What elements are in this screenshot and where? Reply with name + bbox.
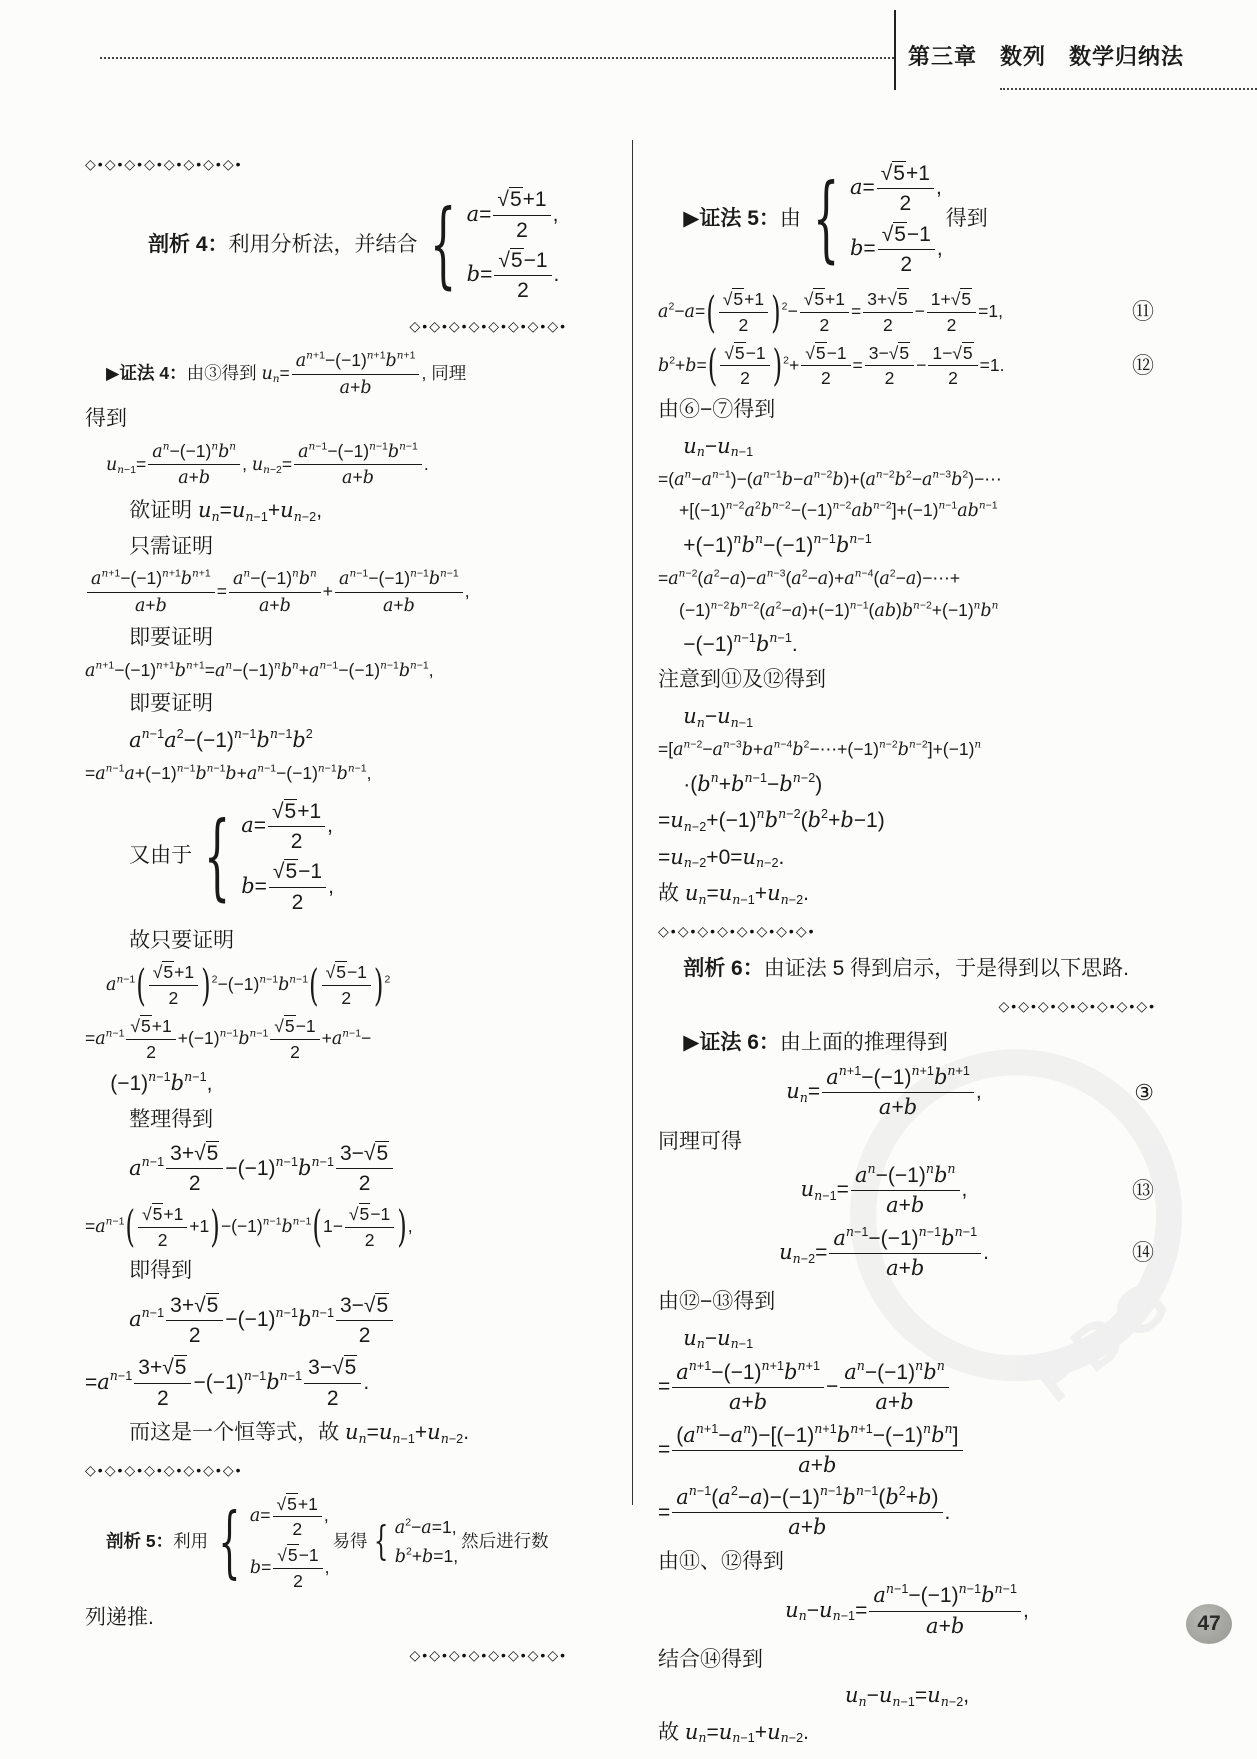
- content-line: un−un−1: [683, 1323, 1156, 1354]
- content-line: an+1−(−1)n+1bn+1=an−(−1)nbn+an−1−(−1)n−1…: [85, 658, 567, 684]
- content-line: 故 un=un−1+un−2.: [658, 878, 1156, 909]
- content-line: =(an+1−an)−[(−1)n+1bn+1−(−1)nbn]a+b: [658, 1422, 1156, 1480]
- content-line: 剖析 4：利用分析法，并结合{a=√5+12,b=√5−12.: [148, 186, 567, 304]
- content-line: ▶证法 6：由上面的推理得到: [683, 1028, 1156, 1058]
- header-under-rule: [1000, 88, 1257, 90]
- section-divider: ◇•◇•◇•◇•◇•◇•◇•◇•: [85, 154, 567, 174]
- content-line: 结合⑭得到: [658, 1645, 1156, 1675]
- content-line: 由⑥−⑦得到: [658, 395, 1156, 425]
- content-line: an−1(√5+12)2−(−1)n−1bn−1(√5−12)2: [106, 961, 567, 1010]
- section-divider: ◇•◇•◇•◇•◇•◇•◇•◇•: [658, 996, 1156, 1016]
- section-divider: ◇•◇•◇•◇•◇•◇•◇•◇•: [658, 921, 1156, 941]
- content-line: un−un−1: [683, 431, 1156, 462]
- equation-number: ③: [1134, 1077, 1154, 1109]
- header-dotted-rule: [100, 57, 894, 59]
- section-divider: ◇•◇•◇•◇•◇•◇•◇•◇•: [85, 1460, 567, 1480]
- content-line: +[(−1)n−2a2bn−2−(−1)n−2abn−2]+(−1)n−1abn…: [679, 498, 1156, 524]
- content-line: ▶证法 5：由{a=√5+12,b=√5−12,得到: [683, 160, 1156, 278]
- equation-number: ⑪: [1132, 296, 1154, 328]
- content-line: ⑭un−2=an−1−(−1)n−1bn−1a+b.: [658, 1225, 1156, 1283]
- right-column: ▶证法 5：由{a=√5+12,b=√5−12,得到⑪a2−a=(√5+12)2…: [658, 150, 1156, 1753]
- content-line: 故只要证明: [129, 926, 567, 956]
- content-line: 列递推.: [85, 1603, 567, 1633]
- chapter-title: 第三章 数列 数学归纳法: [908, 40, 1184, 71]
- column-divider-rule: [632, 140, 633, 1505]
- content-line: =un−2+0=un−2.: [658, 842, 1156, 873]
- section-divider: ◇•◇•◇•◇•◇•◇•◇•◇•: [85, 1645, 567, 1665]
- content-line: an+1−(−1)n+1bn+1a+b=an−(−1)nbna+b+an−1−(…: [85, 567, 567, 618]
- content-line: ⑪a2−a=(√5+12)2−√5+12=3+√52−1+√52=1,: [658, 288, 1156, 337]
- content-line: an−13+√52−(−1)n−1bn−13−√52: [129, 1292, 567, 1350]
- content-line: 即得到: [129, 1256, 567, 1286]
- content-line: un−1=an−(−1)nbna+b, un−2=an−1−(−1)n−1bn−…: [106, 440, 567, 491]
- content-line: 即要证明: [129, 623, 567, 653]
- content-line: 而这是一个恒等式，故 un=un−1+un−2.: [129, 1417, 567, 1448]
- content-line: 剖析 5：利用{a=√5+12,b=√5−12,易得{a2−a=1,b2+b=1…: [106, 1493, 567, 1593]
- content-line: ·(bn+bn−1−bn−2): [683, 769, 1156, 800]
- content-line: ▶证法 4：由③得到 un=an+1−(−1)n+1bn+1a+b, 同理: [106, 349, 567, 400]
- content-line: =an−2(a2−a)−an−3(a2−a)+an−4(a2−a)−⋯+: [658, 566, 1156, 592]
- left-column: ◇•◇•◇•◇•◇•◇•◇•◇•剖析 4：利用分析法，并结合{a=√5+12,b…: [85, 142, 567, 1677]
- content-line: an−1a2−(−1)n−1bn−1b2: [129, 725, 567, 756]
- textbook-page: 第三章 数列 数学归纳法 ◇•◇•◇•◇•◇•◇•◇•◇•剖析 4：利用分析法，…: [0, 0, 1257, 1759]
- content-line: 即要证明: [129, 689, 567, 719]
- content-line: =an−13+√52−(−1)n−1bn−13−√52.: [85, 1354, 567, 1412]
- content-line: =an+1−(−1)n+1bn+1a+b−an−(−1)nbna+b: [658, 1359, 1156, 1417]
- equation-number: ⑬: [1132, 1175, 1154, 1207]
- content-line: 由⑫−⑬得到: [658, 1287, 1156, 1317]
- content-line: 故 un=un−1+un−2.: [658, 1717, 1156, 1748]
- section-divider: ◇•◇•◇•◇•◇•◇•◇•◇•: [85, 316, 567, 336]
- content-line: =an−1(a2−a)−(−1)n−1bn−1(b2+b)a+b.: [658, 1484, 1156, 1542]
- page-number: 47: [1197, 1612, 1220, 1636]
- content-line: 整理得到: [129, 1105, 567, 1135]
- content-line: =[an−2−an−3b+an−4b2−⋯+(−1)n−2bn−2]+(−1)n: [658, 737, 1156, 763]
- content-line: 得到: [85, 404, 567, 434]
- content-line: 欲证明 un=un−1+un−2,: [129, 495, 567, 526]
- content-line: =an−1a+(−1)n−1bn−1b+an−1−(−1)n−1bn−1,: [85, 761, 567, 787]
- content-line: (−1)n−2bn−2(a2−a)+(−1)n−1(ab)bn−2+(−1)nb…: [679, 598, 1156, 624]
- page-number-badge: 47: [1186, 1604, 1232, 1644]
- content-line: an−13+√52−(−1)n−1bn−13−√52: [129, 1140, 567, 1198]
- content-line: 又由于{a=√5+12,b=√5−12,: [129, 798, 567, 916]
- content-line: 剖析 6：由证法 5 得到启示，于是得到以下思路.: [683, 954, 1156, 984]
- content-line: un−un−1=an−1−(−1)n−1bn−1a+b,: [658, 1582, 1156, 1640]
- content-line: ⑫b2+b=(√5−12)2+√5−12=3−√52−1−√52=1.: [658, 342, 1156, 391]
- content-line: −(−1)n−1bn−1.: [683, 629, 1156, 660]
- content-line: +(−1)nbn−(−1)n−1bn−1: [683, 530, 1156, 561]
- content-line: =an−1(√5+12+1)−(−1)n−1bn−1(1−√5−12),: [85, 1203, 567, 1252]
- content-line: =an−1√5+12+(−1)n−1bn−1√5−12+an−1−: [85, 1015, 567, 1064]
- content-line: un−un−1=un−2,: [658, 1680, 1156, 1711]
- content-line: (−1)n−1bn−1,: [110, 1068, 567, 1099]
- content-line: 同理可得: [658, 1127, 1156, 1157]
- header-vertical-rule: [894, 10, 896, 90]
- content-line: un−un−1: [683, 701, 1156, 732]
- equation-number: ⑫: [1132, 350, 1154, 382]
- content-line: =(an−an−1)−(an−1b−an−2b)+(an−2b2−an−3b2)…: [658, 467, 1156, 493]
- content-line: 由⑪、⑫得到: [658, 1547, 1156, 1577]
- content-line: =un−2+(−1)nbn−2(b2+b−1): [658, 805, 1156, 836]
- content-line: 只需证明: [129, 532, 567, 562]
- equation-number: ⑭: [1132, 1237, 1154, 1269]
- content-line: ③un=an+1−(−1)n+1bn+1a+b,: [658, 1064, 1156, 1122]
- content-line: 注意到⑪及⑫得到: [658, 665, 1156, 695]
- content-line: ⑬un−1=an−(−1)nbna+b,: [658, 1162, 1156, 1220]
